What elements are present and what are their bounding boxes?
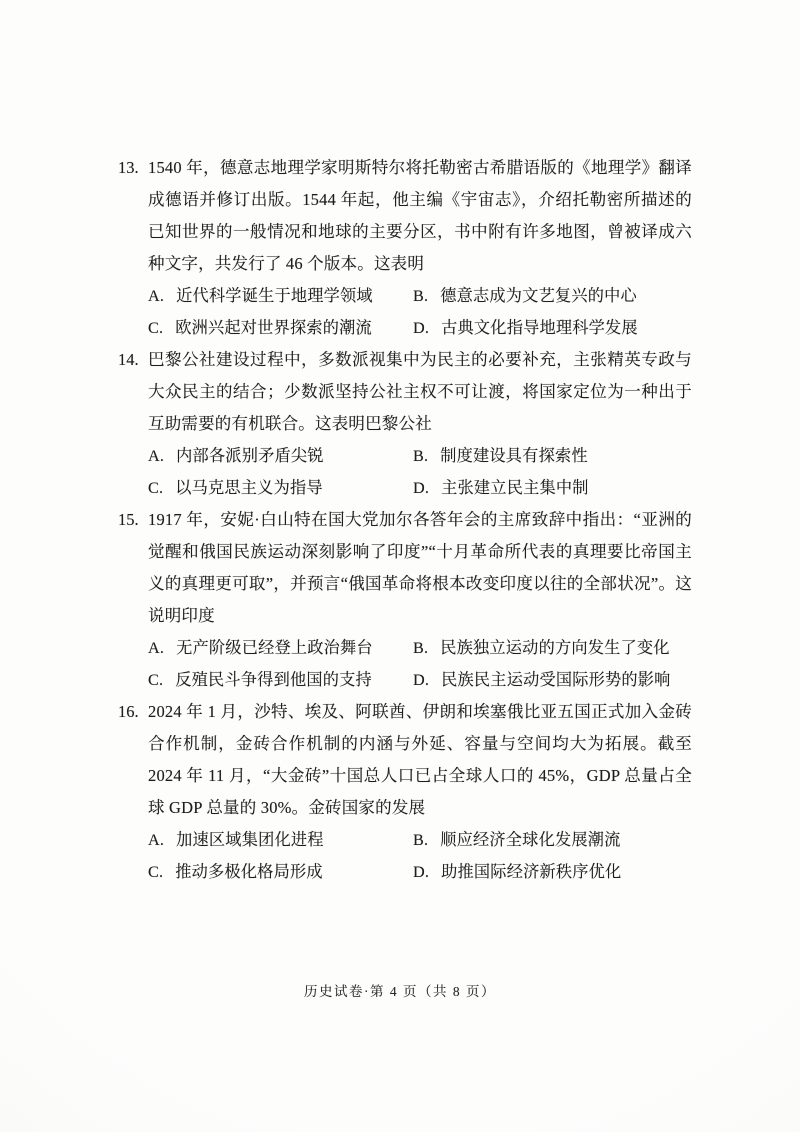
option-label: A. [148,440,164,472]
question-14-options: A. 内部各派别矛盾尖锐 B. 制度建设具有探索性 C. 以马克思主义为指导 D… [148,440,692,504]
option-text: 主张建立民主集中制 [441,472,589,504]
option-b: B. 民族独立运动的方向发生了变化 [413,632,692,664]
question-13-stem-row: 13. 1540 年，德意志地理学家明斯特尔将托勒密古希腊语版的《地理学》翻译成… [118,152,692,280]
question-14: 14. 巴黎公社建设过程中，多数派视集中为民主的必要补充，主张精英专政与大众民主… [118,344,692,504]
option-label: C. [148,312,163,344]
option-label: C. [148,856,163,888]
option-label: D. [413,664,429,696]
question-stem: 巴黎公社建设过程中，多数派视集中为民主的必要补充，主张精英专政与大众民主的结合；… [148,344,692,440]
option-a: A. 近代科学诞生于地理学领域 [148,280,413,312]
page-footer: 历史试卷·第 4 页（共 8 页） [0,980,800,1000]
question-16: 16. 2024 年 1 月，沙特、埃及、阿联酋、伊朗和埃塞俄比亚五国正式加入金… [118,696,692,888]
option-label: D. [413,856,429,888]
option-a: A. 内部各派别矛盾尖锐 [148,440,413,472]
question-13-options: A. 近代科学诞生于地理学领域 B. 德意志成为文艺复兴的中心 C. 欧洲兴起对… [148,280,692,344]
question-stem: 2024 年 1 月，沙特、埃及、阿联酋、伊朗和埃塞俄比亚五国正式加入金砖合作机… [148,696,692,824]
option-text: 以马克思主义为指导 [175,472,323,504]
option-label: D. [413,312,429,344]
option-text: 古典文化指导地理科学发展 [441,312,638,344]
exam-body: 13. 1540 年，德意志地理学家明斯特尔将托勒密古希腊语版的《地理学》翻译成… [118,152,692,888]
option-text: 民族独立运动的方向发生了变化 [440,632,669,664]
option-text: 欧洲兴起对世界探索的潮流 [175,312,372,344]
question-13: 13. 1540 年，德意志地理学家明斯特尔将托勒密古希腊语版的《地理学》翻译成… [118,152,692,344]
option-c: C. 反殖民斗争得到他国的支持 [148,664,413,696]
option-text: 民族民主运动受国际形势的影响 [441,664,670,696]
option-text: 近代科学诞生于地理学领域 [176,280,373,312]
question-15-options: A. 无产阶级已经登上政治舞台 B. 民族独立运动的方向发生了变化 C. 反殖民… [148,632,692,696]
option-text: 反殖民斗争得到他国的支持 [175,664,372,696]
option-label: B. [413,440,428,472]
option-label: B. [413,280,428,312]
question-16-stem-row: 16. 2024 年 1 月，沙特、埃及、阿联酋、伊朗和埃塞俄比亚五国正式加入金… [118,696,692,824]
option-c: C. 欧洲兴起对世界探索的潮流 [148,312,413,344]
option-label: C. [148,664,163,696]
exam-page: 13. 1540 年，德意志地理学家明斯特尔将托勒密古希腊语版的《地理学》翻译成… [0,0,800,1132]
option-text: 制度建设具有探索性 [440,440,588,472]
option-d: D. 古典文化指导地理科学发展 [413,312,692,344]
question-stem: 1540 年，德意志地理学家明斯特尔将托勒密古希腊语版的《地理学》翻译成德语并修… [148,152,692,280]
option-text: 德意志成为文艺复兴的中心 [440,280,637,312]
option-text: 内部各派别矛盾尖锐 [176,440,324,472]
question-number: 13. [118,152,148,184]
question-16-options: A. 加速区域集团化进程 B. 顺应经济全球化发展潮流 C. 推动多极化格局形成… [148,824,692,888]
option-d: D. 助推国际经济新秩序优化 [413,856,692,888]
question-15: 15. 1917 年，安妮·白山特在国大党加尔各答年会的主席致辞中指出：“亚洲的… [118,504,692,696]
option-label: B. [413,824,428,856]
option-text: 无产阶级已经登上政治舞台 [176,632,373,664]
option-text: 推动多极化格局形成 [175,856,323,888]
question-number: 14. [118,344,148,376]
option-a: A. 加速区域集团化进程 [148,824,413,856]
option-label: A. [148,280,164,312]
option-c: C. 以马克思主义为指导 [148,472,413,504]
question-15-stem-row: 15. 1917 年，安妮·白山特在国大党加尔各答年会的主席致辞中指出：“亚洲的… [118,504,692,632]
option-text: 顺应经济全球化发展潮流 [440,824,620,856]
option-b: B. 顺应经济全球化发展潮流 [413,824,692,856]
option-text: 加速区域集团化进程 [176,824,324,856]
question-number: 16. [118,696,148,728]
option-c: C. 推动多极化格局形成 [148,856,413,888]
option-d: D. 主张建立民主集中制 [413,472,692,504]
option-d: D. 民族民主运动受国际形势的影响 [413,664,692,696]
question-14-stem-row: 14. 巴黎公社建设过程中，多数派视集中为民主的必要补充，主张精英专政与大众民主… [118,344,692,440]
question-stem: 1917 年，安妮·白山特在国大党加尔各答年会的主席致辞中指出：“亚洲的觉醒和俄… [148,504,692,632]
option-label: C. [148,472,163,504]
question-number: 15. [118,504,148,536]
option-b: B. 德意志成为文艺复兴的中心 [413,280,692,312]
option-b: B. 制度建设具有探索性 [413,440,692,472]
option-label: B. [413,632,428,664]
option-label: A. [148,824,164,856]
option-label: A. [148,632,164,664]
option-a: A. 无产阶级已经登上政治舞台 [148,632,413,664]
option-label: D. [413,472,429,504]
option-text: 助推国际经济新秩序优化 [441,856,621,888]
